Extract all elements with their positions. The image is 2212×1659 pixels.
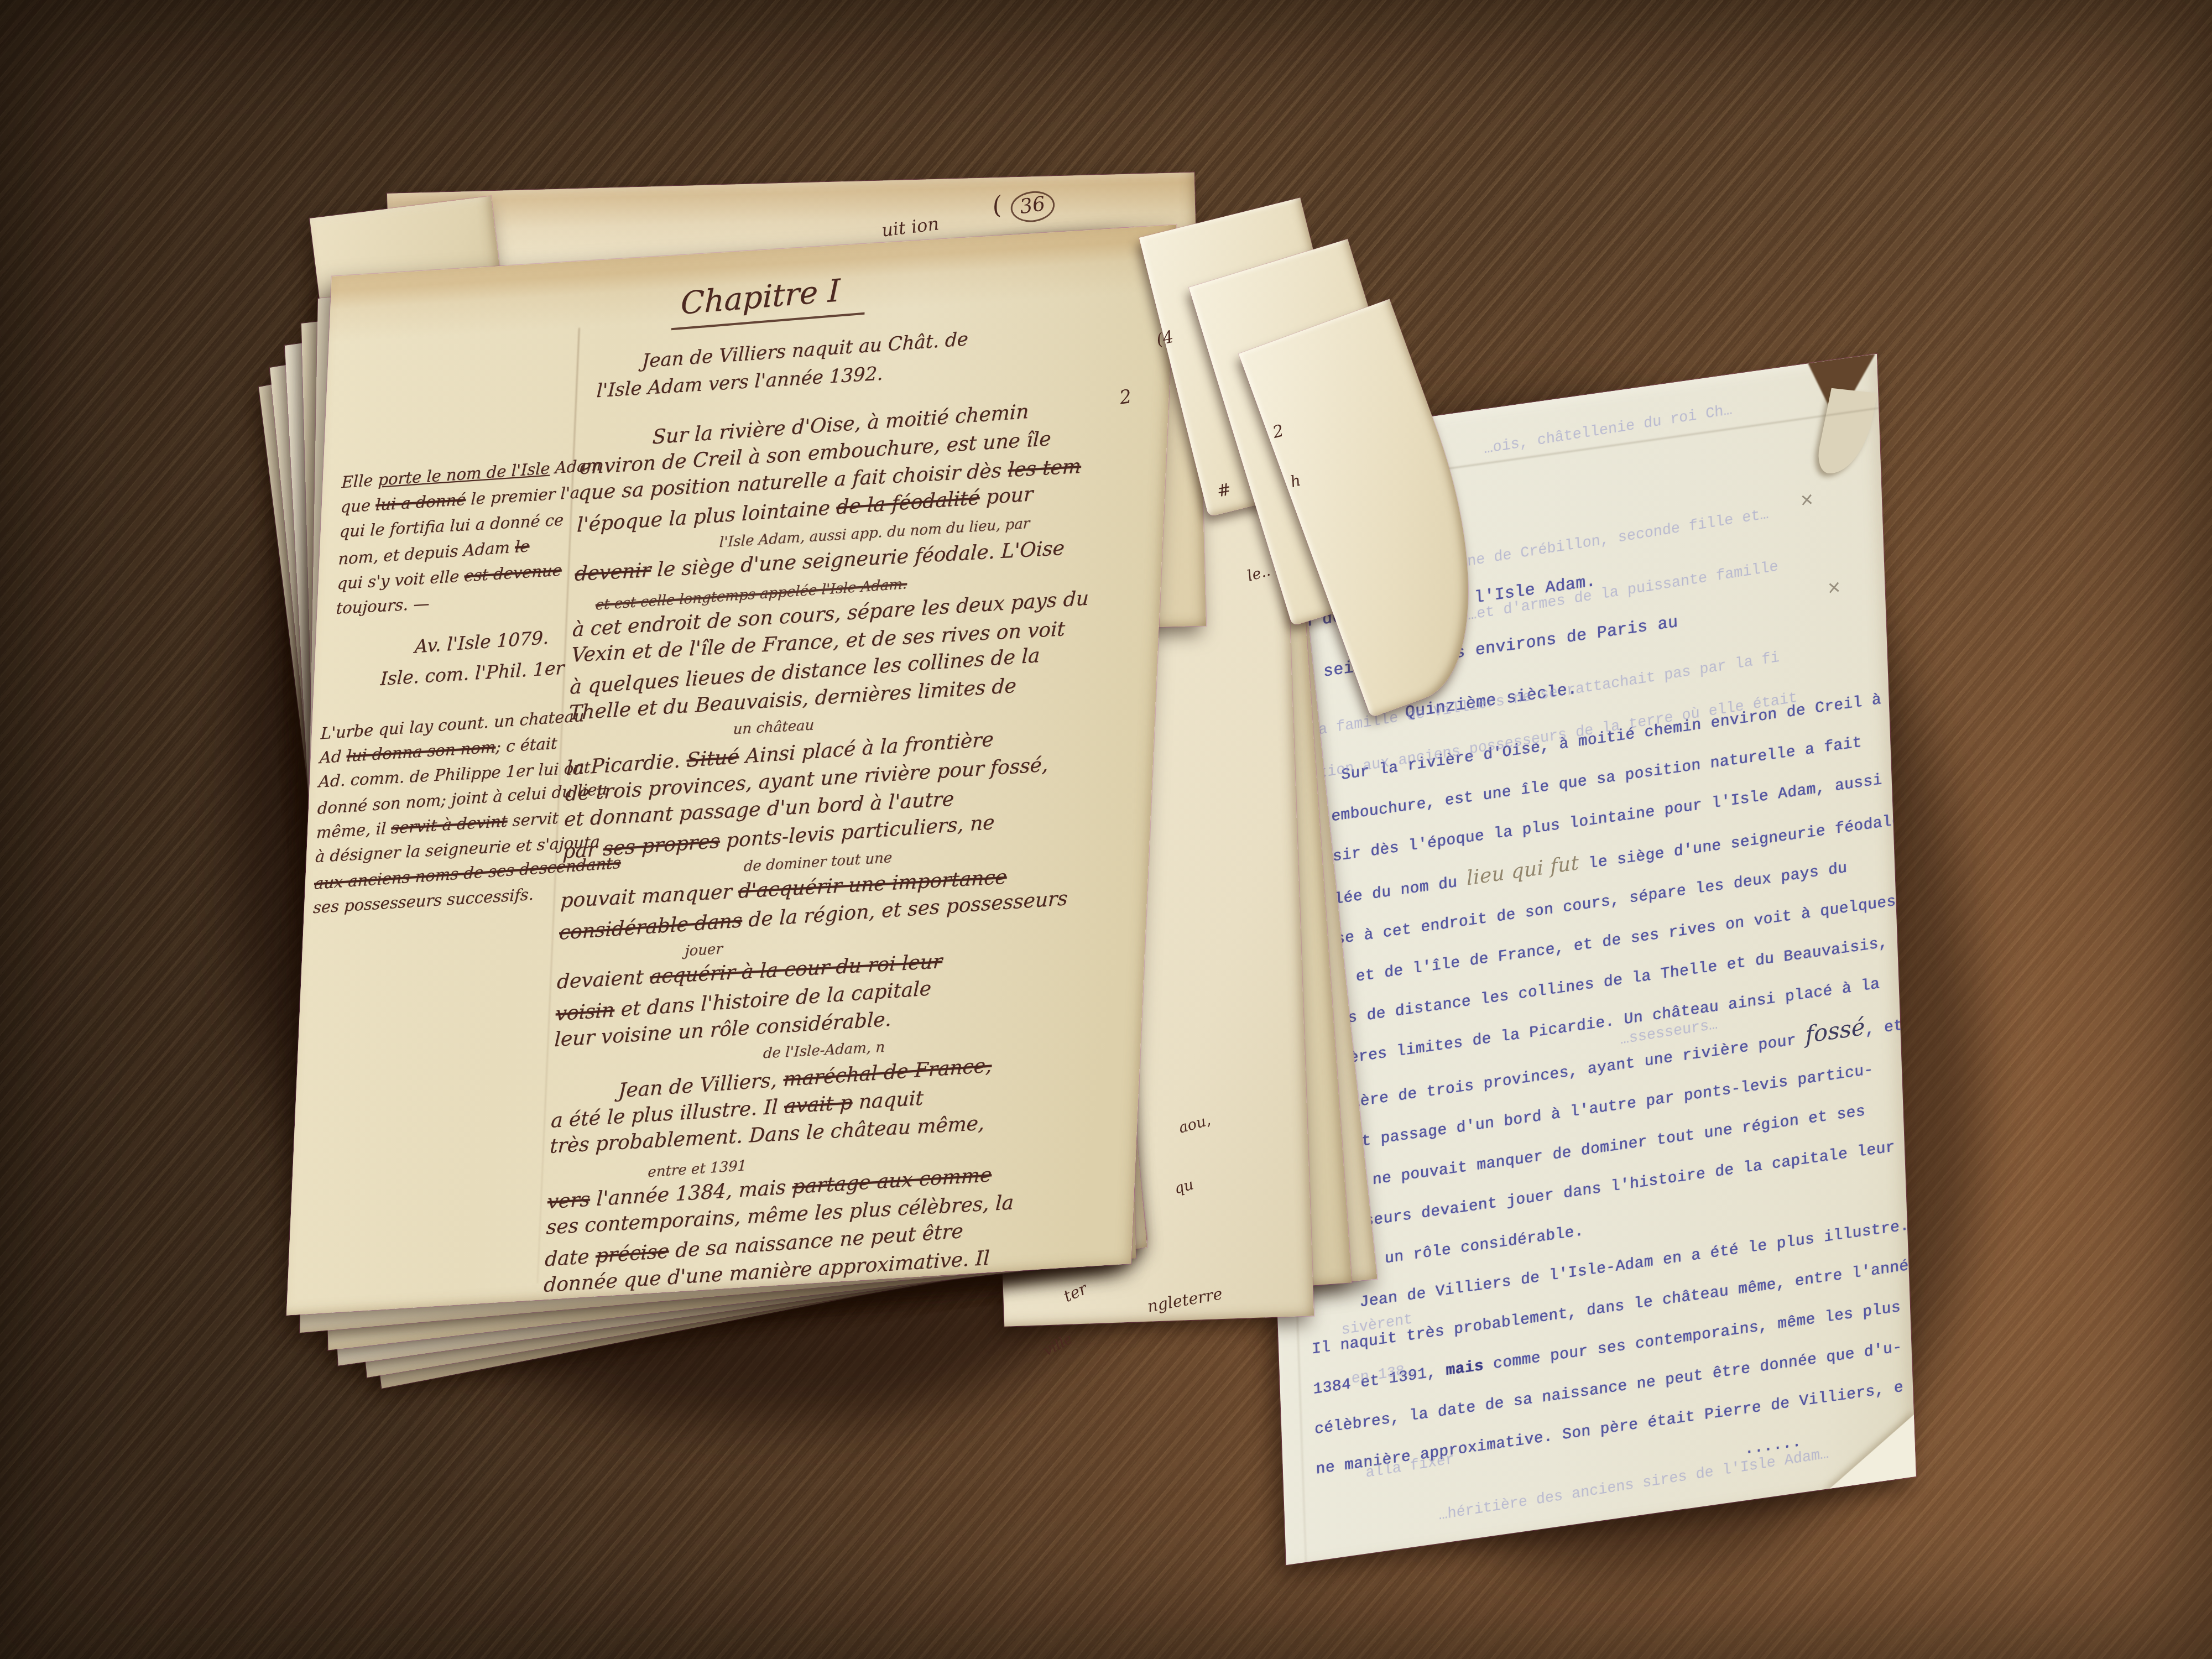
paper-fragment: …ois, châtellenie du roi Ch… bbox=[1484, 402, 1733, 458]
manuscript-margin-note: Elle porte le nom de l'Isle Adamque lui … bbox=[336, 454, 585, 622]
manuscript-body-text: Sur la rivière d'Oise, à moitié cheminen… bbox=[540, 390, 1167, 1315]
typed-body-text: Sur la rivière d'Oise, à moitié chemin e… bbox=[1291, 681, 1898, 1530]
handwritten-manuscript-page: Chapitre I Jean de Villiers naquit au Ch… bbox=[286, 225, 1176, 1316]
manuscript-subtitle: Jean de Villiers naquit au Chât. del'Isl… bbox=[563, 314, 1162, 408]
manuscript-margin-note: L'urbe qui lay count. un chateauAd lui d… bbox=[312, 705, 575, 921]
photo-of-manuscripts-on-table: CHAPITRE I. on de Villiers de l'Isle Ada… bbox=[0, 0, 2212, 1659]
paper-fragment: × bbox=[1827, 575, 1841, 601]
manuscript-chapter-title: Chapitre I bbox=[671, 270, 866, 330]
paper-fragment: × bbox=[1800, 487, 1814, 513]
